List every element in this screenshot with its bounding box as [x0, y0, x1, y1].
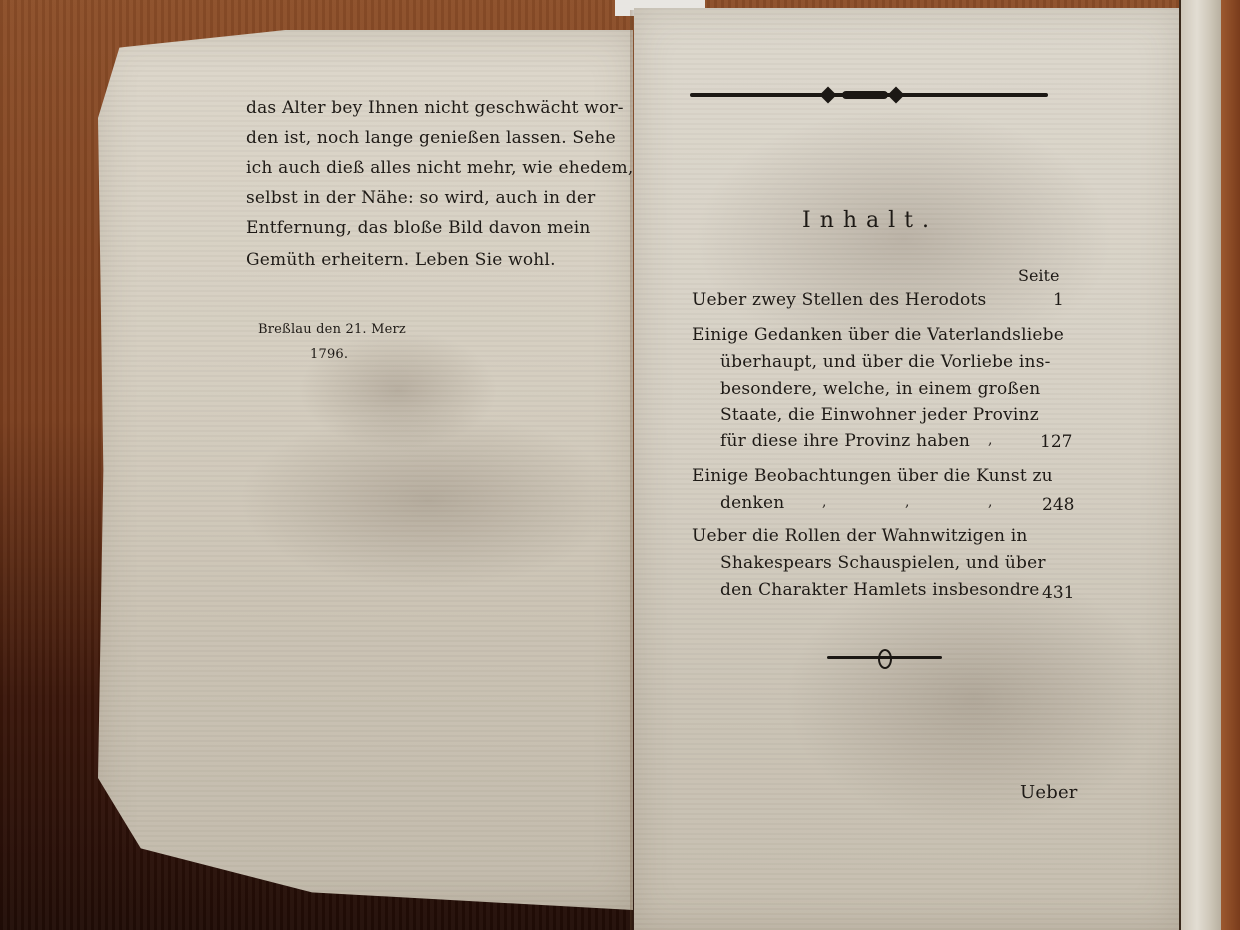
- body-line: Gemüth erheitern. Leben Sie wohl.: [246, 250, 556, 270]
- body-line: ich auch dieß alles nicht mehr, wie ehed…: [246, 158, 633, 178]
- toc-line: denken: [720, 493, 784, 513]
- toc-line: den Charakter Hamlets insbesondre: [720, 580, 1040, 600]
- catchword: Ueber: [1020, 782, 1078, 803]
- toc-page-number: 431: [1042, 583, 1074, 603]
- toc-line: Shakespears Schauspielen, und über: [720, 553, 1046, 573]
- toc-line: Einige Gedanken über die Vaterlandsliebe: [692, 325, 1064, 345]
- toc-line: Ueber zwey Stellen des Herodots: [692, 290, 986, 310]
- toc-line: Staate, die Einwohner jeder Provinz: [720, 405, 1039, 425]
- body-line: selbst in der Nähe: so wird, auch in der: [246, 188, 595, 208]
- contents-title: Inhalt.: [802, 208, 938, 233]
- place-date: Breßlau den 21. Merz: [258, 322, 406, 337]
- toc-page-number: 127: [1040, 432, 1072, 452]
- page-edges: [1179, 0, 1221, 930]
- toc-line: für diese ihre Provinz haben: [720, 431, 970, 451]
- toc-page-number: 248: [1042, 495, 1074, 515]
- toc-page-number: 1: [1053, 290, 1064, 310]
- toc-line: Einige Beobachtungen über die Kunst zu: [692, 466, 1053, 486]
- body-line: den ist, noch lange genießen lassen. Seh…: [246, 128, 616, 148]
- body-line: Entfernung, das bloße Bild davon mein: [246, 218, 591, 238]
- year: 1796.: [310, 347, 348, 362]
- toc-line: Ueber die Rollen der Wahnwitzigen in: [692, 526, 1028, 546]
- water-stain: [784, 568, 1164, 828]
- body-line: das Alter bey Ihnen nicht geschwächt wor…: [246, 98, 624, 118]
- page-column-header: Seite: [1018, 266, 1059, 285]
- toc-line: besondere, welche, in einem großen: [720, 379, 1040, 399]
- toc-line: überhaupt, und über die Vorliebe ins-: [720, 352, 1051, 372]
